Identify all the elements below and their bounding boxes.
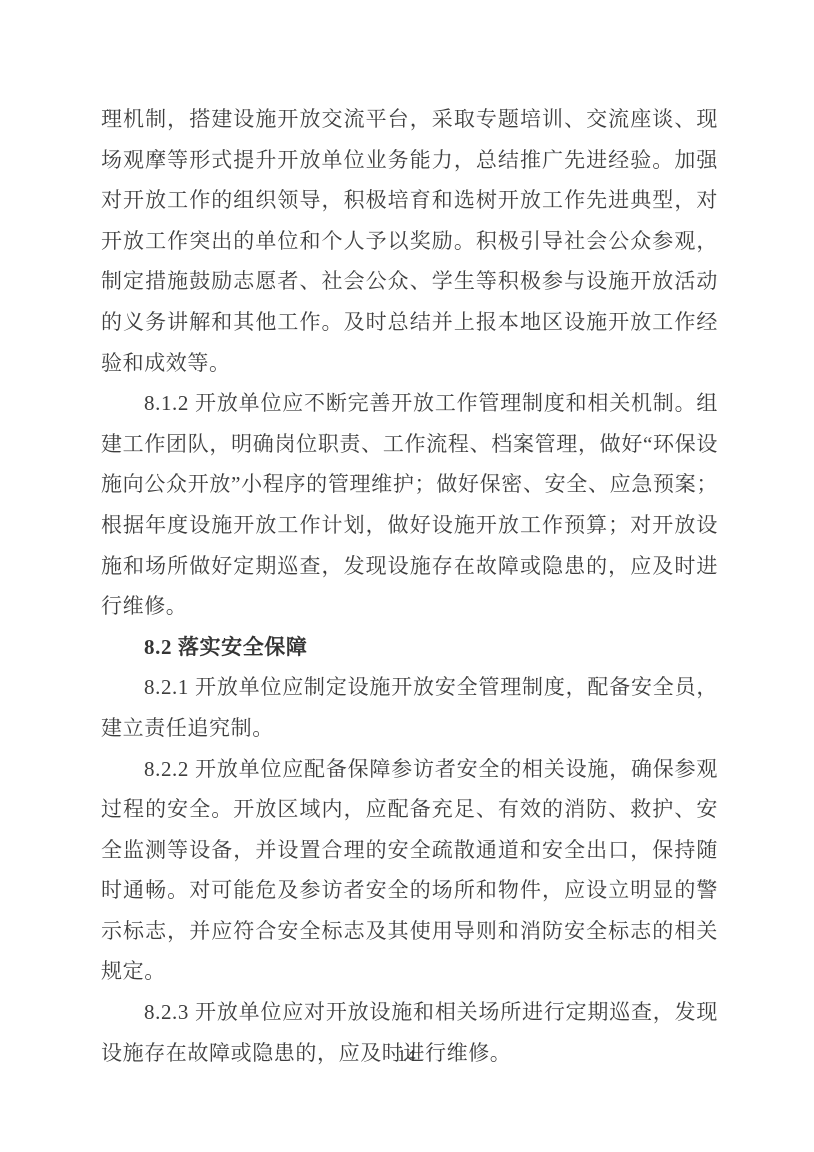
paragraph-8-2-1: 8.2.1 开放单位应制定设施开放安全管理制度，配备安全员，建立责任追究制。 — [101, 667, 718, 748]
document-body: 理机制，搭建设施开放交流平台，采取专题培训、交流座谈、现场观摩等形式提升开放单位… — [101, 99, 718, 1073]
paragraph-8-1-2: 8.1.2 开放单位应不断完善开放工作管理制度和相关机制。组建工作团队，明确岗位… — [101, 383, 718, 627]
section-heading-8-2: 8.2 落实安全保障 — [101, 627, 718, 668]
paragraph-continuation: 理机制，搭建设施开放交流平台，采取专题培训、交流座谈、现场观摩等形式提升开放单位… — [101, 99, 718, 383]
page-number: 14 — [0, 1046, 814, 1066]
paragraph-8-2-2: 8.2.2 开放单位应配备保障参访者安全的相关设施，确保参观过程的安全。开放区域… — [101, 749, 718, 993]
document-page: 理机制，搭建设施开放交流平台，采取专题培训、交流座谈、现场观摩等形式提升开放单位… — [0, 0, 814, 1152]
